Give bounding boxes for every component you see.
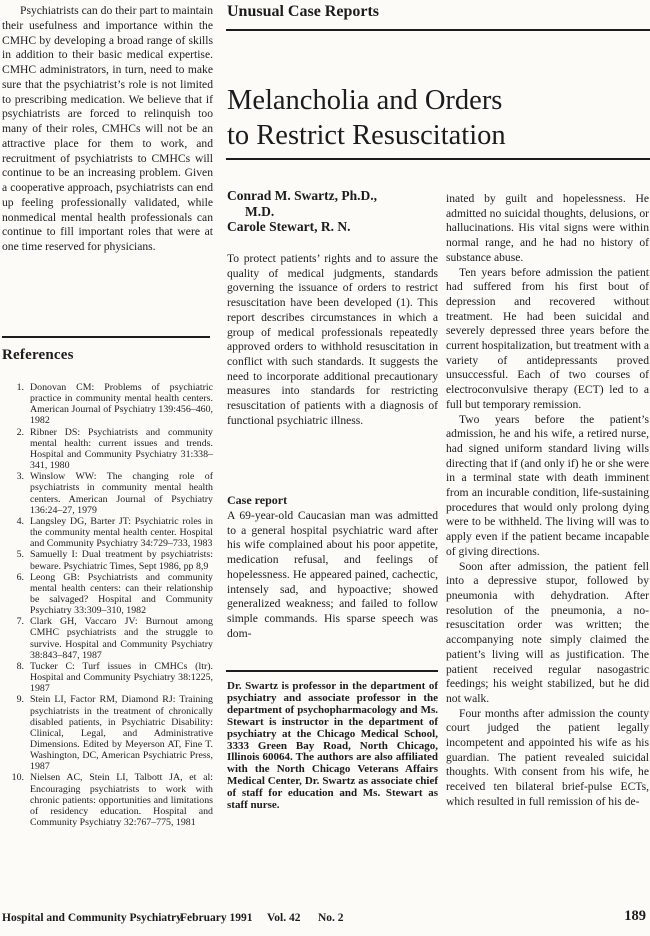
reference-number: 3. [2,471,24,482]
footer-issue-number: No. 2 [318,912,344,924]
reference-number: 5. [2,549,24,560]
reference-item: 9. Stein LI, Factor RM, Diamond RJ: Trai… [2,694,213,772]
footer-volume: Vol. 42 [267,912,300,924]
reference-text: Samuelly I: Dual treatment by psychiatri… [30,549,213,571]
reference-text: Clark GH, Vaccaro JV: Burnout among CMHC… [30,616,213,660]
section-header: Unusual Case Reports [227,3,379,21]
reference-item: 3. Winslow WW: The changing role of psyc… [2,471,213,516]
article-paragraph: inated by guilt and hopelessness. He adm… [446,192,649,266]
reference-item: 10. Nielsen AC, Stein LI, Talbott JA, et… [2,772,213,828]
title-rule [226,158,650,160]
continued-article-text: Psychiatrists can do their part to maint… [2,4,213,255]
reference-text: Tucker C: Turf issues in CMHCs (ltr). Ho… [30,661,213,694]
reference-text: Donovan CM: Problems of psychiatric prac… [30,382,213,426]
reference-text: Ribner DS: Psychiatrists and community m… [30,427,213,471]
reference-text: Leong GB: Psychiatrists and community me… [30,572,213,616]
author-bio: Dr. Swartz is professor in the departmen… [227,681,438,812]
reference-text: Nielsen AC, Stein LI, Talbott JA, et al:… [30,772,213,828]
article-title-line1: Melancholia and Orders [227,83,647,118]
article-column-right: inated by guilt and hopelessness. He adm… [446,192,649,810]
header-rule [226,29,650,31]
reference-item: 6. Leong GB: Psychiatrists and community… [2,572,213,617]
reference-number: 7. [2,616,24,627]
reference-item: 5. Samuelly I: Dual treatment by psychia… [2,549,213,571]
reference-item: 2. Ribner DS: Psychiatrists and communit… [2,427,213,472]
reference-text: Langsley DG, Barter JT: Psychiatric role… [30,516,213,549]
article-paragraph: Four months after admission the county c… [446,707,649,810]
reference-number: 10. [2,772,24,783]
journal-page: Psychiatrists can do their part to maint… [0,0,650,936]
reference-item: 8. Tucker C: Turf issues in CMHCs (ltr).… [2,661,213,694]
reference-number: 6. [2,572,24,583]
reference-number: 9. [2,694,24,705]
author-name: Conrad M. Swartz, Ph.D., M.D. [227,188,409,219]
reference-text: Stein LI, Factor RM, Diamond RJ: Trainin… [30,694,213,772]
reference-number: 4. [2,516,24,527]
page-number: 189 [624,908,646,925]
references-divider [2,336,210,338]
authors-block: Conrad M. Swartz, Ph.D., M.D. Carole Ste… [227,188,409,235]
reference-item: 7. Clark GH, Vaccaro JV: Burnout among C… [2,616,213,661]
references-heading: References [2,347,74,364]
reference-number: 8. [2,661,24,672]
abstract-paragraph: To protect patients’ rights and to assur… [227,252,438,428]
reference-number: 2. [2,427,24,438]
reference-text: Winslow WW: The changing role of psychia… [30,471,213,515]
article-paragraph: Ten years before admission the patient h… [446,266,649,413]
author-name: Carole Stewart, R. N. [227,219,409,235]
bio-divider [226,670,438,672]
article-paragraph: Two years before the patient’s admission… [446,413,649,560]
reference-item: 1. Donovan CM: Problems of psychiatric p… [2,382,213,427]
case-report-text: A 69-year-old Caucasian man was admitted… [227,509,438,641]
footer-journal-name: Hospital and Community Psychiatry [2,912,182,924]
reference-item: 4. Langsley DG, Barter JT: Psychiatric r… [2,516,213,549]
case-report-heading: Case report [227,493,287,508]
references-list: 1. Donovan CM: Problems of psychiatric p… [2,382,213,828]
reference-number: 1. [2,382,24,393]
footer-issue-date: February 1991 [180,912,253,924]
article-paragraph: Soon after admission, the patient fell i… [446,560,649,707]
article-title-line2: to Restrict Resuscitation [227,118,647,153]
article-title: Melancholia and Orders to Restrict Resus… [227,83,647,153]
